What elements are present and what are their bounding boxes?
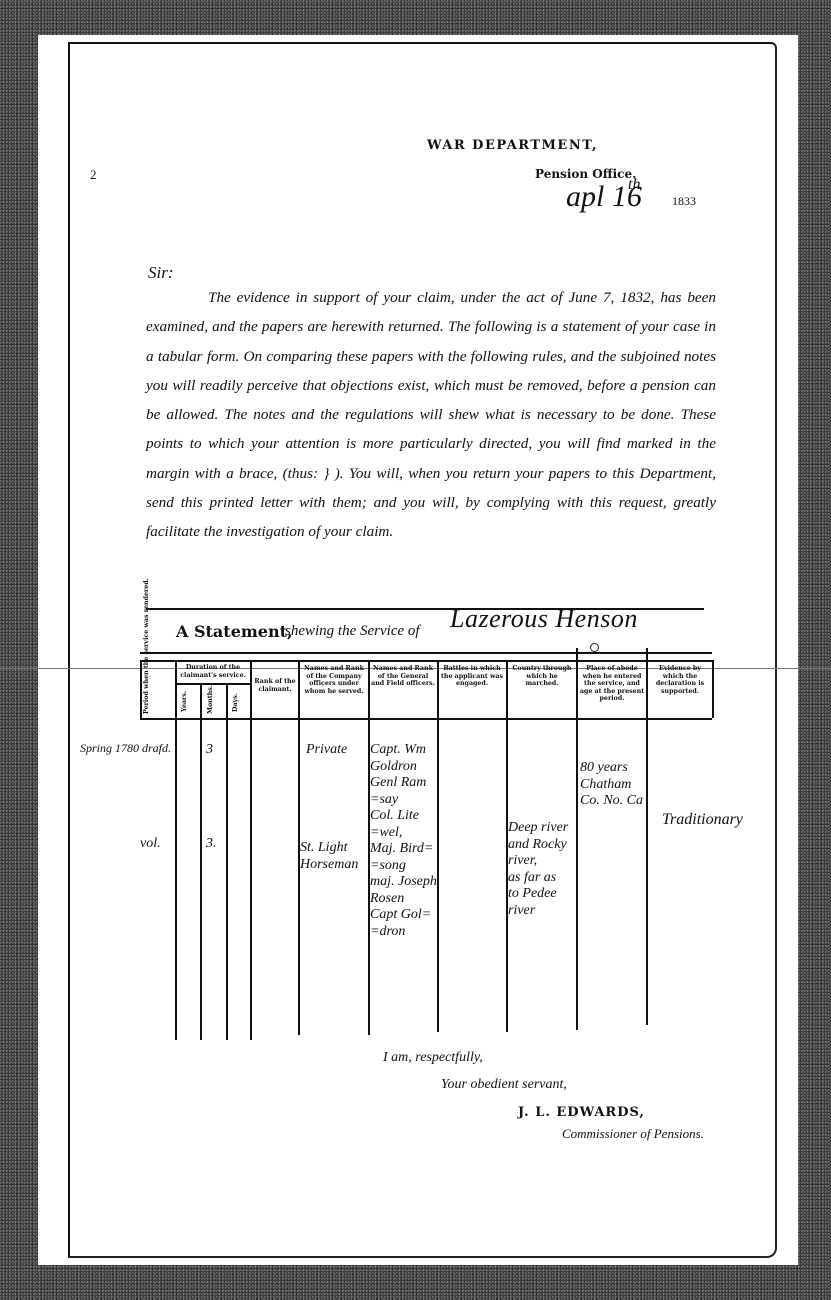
statement-subtitle: shewing the Service of [285, 623, 420, 640]
signer-title: Commissioner of Pensions. [562, 1126, 704, 1142]
row1-general-line: Genl Ram [370, 775, 426, 792]
row2-country: Deep river and Rocky river, as far as to… [508, 820, 568, 919]
header-battles: Battles in which the applicant was engag… [440, 665, 504, 688]
row2-general-line: Rosen [370, 891, 437, 908]
row2-country-line: river [508, 903, 568, 920]
document-page [68, 42, 777, 1258]
header-days: Days. [232, 693, 239, 712]
statement-title: A Statement, [176, 622, 293, 641]
header-period: Period when the service was rendered. [143, 664, 150, 714]
table-top-rule [140, 652, 712, 654]
row2-general-line: Maj. Bird= [370, 841, 437, 858]
col-line [140, 660, 142, 718]
date-superscript: th [628, 176, 640, 194]
row2-general-line: Capt Gol= [370, 907, 437, 924]
service-table: Period when the service was rendered. Du… [140, 660, 712, 1040]
row1-months: 3 [206, 742, 213, 759]
row1-period: Spring 1780 drafd. [80, 740, 171, 757]
row1-abode-line: 80 years [580, 760, 643, 777]
col-line [226, 683, 228, 1040]
row2-country-line: to Pedee [508, 886, 568, 903]
row1-general-officers: Capt. Wm Goldron Genl Ram =say [370, 742, 426, 808]
row2-company-line: Horseman [300, 857, 358, 874]
row1-company-officers: Private [306, 742, 347, 759]
closing-line: I am, respectfully, [383, 1050, 483, 1066]
col-line [437, 660, 439, 1032]
header-months: Months. [207, 685, 214, 714]
margin-mark: 2 [90, 167, 97, 183]
col-line [646, 648, 648, 1025]
row2-country-line: as far as [508, 870, 568, 887]
col-line [175, 660, 177, 1040]
header-country: Country through which he marched. [509, 665, 575, 688]
row2-general-officers: Col. Lite =wel, Maj. Bird= =song maj. Jo… [370, 808, 437, 940]
col-line [200, 683, 202, 1040]
row2-company-officers: St. Light Horseman [300, 840, 358, 873]
row1-evidence: Traditionary [662, 812, 743, 829]
header-rank: Rank of the claimant. [254, 678, 296, 693]
row2-general-line: maj. Joseph [370, 874, 437, 891]
row2-period: vol. [140, 836, 161, 853]
closing-servant: Your obedient servant, [441, 1077, 567, 1093]
table-header-top [140, 660, 712, 662]
row1-general-line: Goldron [370, 759, 426, 776]
row1-abode-line: Co. No. Ca [580, 793, 643, 810]
row1-general-line: Capt. Wm [370, 742, 426, 759]
header-evidence: Evidence by which the declaration is sup… [649, 665, 711, 695]
department-heading: WAR DEPARTMENT, [427, 138, 598, 153]
row2-general-line: =song [370, 858, 437, 875]
row2-general-line: =dron [370, 924, 437, 941]
claimant-name: Lazerous Henson [450, 604, 638, 634]
header-general-officers: Names and Rank of the General and Field … [371, 665, 435, 688]
letter-body: The evidence in support of your claim, u… [146, 283, 716, 547]
header-years: Years. [181, 691, 188, 712]
row2-country-line: river, [508, 853, 568, 870]
row1-general-line: =say [370, 792, 426, 809]
col-line [712, 660, 714, 718]
row2-general-line: Col. Lite [370, 808, 437, 825]
col-line [250, 660, 252, 1040]
office-heading: Pension Office. [535, 167, 636, 181]
header-company-officers: Names and Rank of the Company officers u… [301, 665, 367, 695]
row2-general-line: =wel, [370, 825, 437, 842]
date-year: 1833 [672, 194, 696, 209]
row2-country-line: and Rocky [508, 837, 568, 854]
paper-hole [590, 643, 599, 652]
salutation: Sir: [148, 263, 174, 283]
col-line [576, 648, 578, 1030]
header-duration: Duration of the claimant's service. [177, 664, 249, 679]
row1-abode-line: Chatham [580, 777, 643, 794]
row2-months: 3. [206, 836, 217, 853]
row2-company-line: St. Light [300, 840, 358, 857]
signer-name: J. L. EDWARDS, [518, 1105, 645, 1120]
row2-country-line: Deep river [508, 820, 568, 837]
header-abode: Place of abode when he entered the servi… [579, 665, 645, 703]
row1-abode: 80 years Chatham Co. No. Ca [580, 760, 643, 810]
